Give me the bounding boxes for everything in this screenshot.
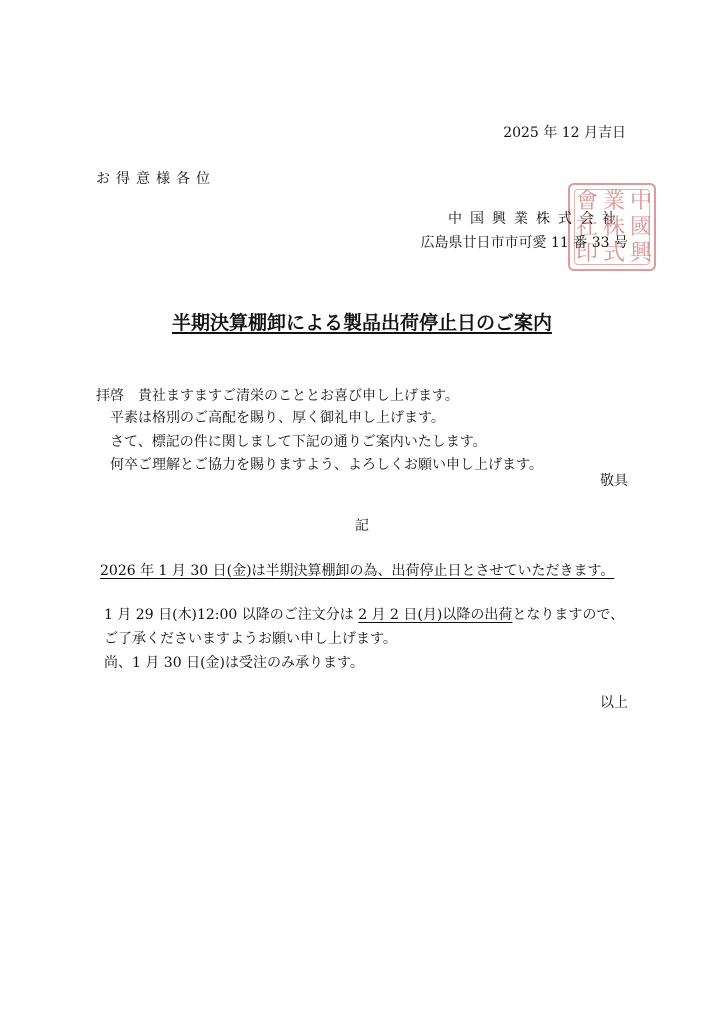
stamp-char: 中 [630,191,652,213]
greeting-line-3: さて、標記の件に関しまして下記の通りご案内いたします。 [110,431,487,451]
detail-line-1-prefix: 1 月 29 日(木)12:00 以降のご注文分は [104,607,358,623]
greeting-line-2: 平素は格別のご高配を賜り、厚く御礼申し上げます。 [110,407,445,427]
closing-keigu: 敬具 [600,470,628,490]
greeting-line-1: 拝啓 貴社ますますご清栄のこととお喜び申し上げます。 [96,385,459,405]
detail-line-1: 1 月 29 日(木)12:00 以降のご注文分は 2 月 2 日(月)以降の出… [104,604,624,624]
main-notice-text: 2026 年 1 月 30 日(金)は半期決算棚卸の為、出荷停止日とさせていただ… [100,563,614,579]
stamp-char: 興 [630,243,652,265]
end-ijo: 以上 [600,692,628,712]
stamp-char: 國 [630,217,652,239]
detail-line-2: ご了承くださいますようお願い申し上げます。 [104,628,397,648]
detail-line-3: 尚、1 月 30 日(金)は受注のみ承ります。 [104,652,364,672]
company-address: 広島県廿日市市可愛 11 番 33 号 [421,232,628,252]
detail-line-1-suffix: となりますので、 [512,607,624,623]
greeting-line-4: 何卒ご理解とご協力を賜りますよう、よろしくお願い申し上げます。 [110,454,543,474]
main-notice: 2026 年 1 月 30 日(金)は半期決算棚卸の為、出荷停止日とさせていただ… [100,560,614,580]
document-date: 2025 年 12 月吉日 [503,122,626,142]
document-title: 半期決算棚卸による製品出荷停止日のご案内 [0,308,724,335]
title-text: 半期決算棚卸による製品出荷停止日のご案内 [172,312,552,334]
shipping-resume-date: 2 月 2 日(月)以降の出荷 [358,607,512,623]
addressee: お得意様各位 [96,168,216,188]
company-name: 中国興業株式会社 [448,208,624,228]
ki-heading: 記 [0,515,724,535]
